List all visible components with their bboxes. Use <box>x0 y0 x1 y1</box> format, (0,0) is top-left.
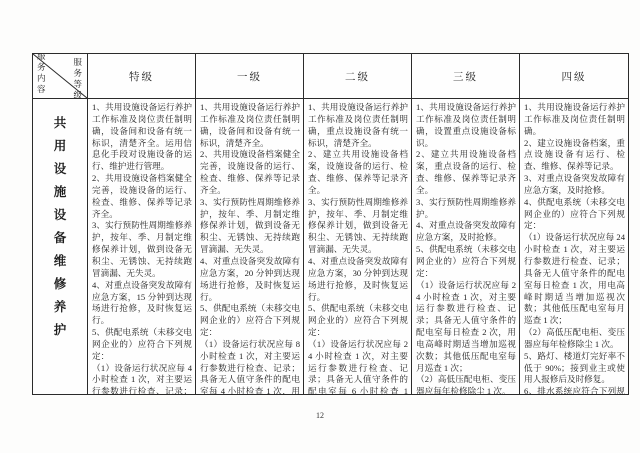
spec-item: 5、供配电系统（未移交电网企业的）应符合下列规定： <box>416 244 516 280</box>
spec-item: 1、共用设施设备运行养护工作标准及岗位责任制明确。 <box>524 102 625 138</box>
spec-item: 2、建立共用设施设备档案，重点设备的运行、检查、维修、保养等记录齐全。 <box>416 149 516 196</box>
spec-item: 2、共用设施设备档案健全完善，设施设备的运行、检查、维修、保养等记录齐全。 <box>92 173 192 220</box>
spec-item: 4、对重点设备突发故障有应急方案，20 分钟到达现场进行抢修，及时恢复运行。 <box>200 256 300 303</box>
grade-header-four: 四级 <box>520 54 628 99</box>
row-label-vertical-text: 共用设施设备维修养护 <box>53 112 67 394</box>
spec-item: 5、供配电系统（未移交电网企业的）应符合下列规定： <box>308 303 408 339</box>
grade-body-three: 1、共用设施设备运行养护工作标准及岗位责任制明确，设置重点设施设备标识。2、建立… <box>412 99 520 394</box>
spec-item: 3、实行预防性周期维修养护，按年、季、月制定维修保养计划，做到设备无积尘、无锈蚀… <box>200 197 300 256</box>
spec-item: （1）设备运行状况应每 24 小时检查 1 次，对主要运行参数进行检查、记录；具… <box>524 232 625 327</box>
spec-item: （1）设备运行状况应每 8 小时检查 1 次，对主要运行参数进行检查、记录；具备… <box>200 339 300 394</box>
spec-item: 5、供配电系统（未移交电网企业的）应符合下列规定： <box>200 303 300 339</box>
spec-item: （1）设备运行状况应每 24 小时检查 1 次，对主要运行参数进行检查、记录；具… <box>416 280 516 375</box>
corner-header-cell: 服务等级 服务内容 <box>33 54 88 99</box>
spec-item: 4、对重点设备突发故障有应急方案，及时抢修。 <box>416 220 516 244</box>
spec-item: 3、实行预防性周期维修养护。 <box>416 197 516 221</box>
spec-item: 2、建立设施设备档案，重点设施设备有运行、检查、维修、保养等记录。 <box>524 138 625 174</box>
service-grade-table: 服务等级 服务内容 特级 一级 二级 三级 四级 共用设施设备维修养护 1、共用… <box>32 53 629 395</box>
spec-item: 4、对重点设备突发故障有应急方案，30 分钟到达现场进行抢修，及时恢复运行。 <box>308 256 408 303</box>
spec-item: 2、共用设施设备档案健全完善，设施设备的运行、检查、维修、保养等记录齐全。 <box>200 149 300 196</box>
spec-item: 3、实行预防性周期维修养护，按年、季、月制定维修保养计划，做到设备无积尘、无锈蚀… <box>308 197 408 256</box>
page-number: 12 <box>0 411 640 420</box>
spec-item: （1）设备运行状况应每 24 小时检查 1 次，对主要运行参数进行检查、记录；具… <box>308 339 408 394</box>
grade-body-special: 1、共用设施设备运行养护工作标准及岗位责任制明确，设备间和设备有统一标识，清楚齐… <box>88 99 196 394</box>
spec-item: （2）高低压配电柜、变压器应每年检修除尘 1 次。 <box>524 327 625 351</box>
spec-item: 1、共用设施设备运行养护工作标准及岗位责任制明确，设置重点设施设备标识。 <box>416 102 516 149</box>
row-label-cell: 共用设施设备维修养护 <box>33 99 88 394</box>
grade-header-one: 一级 <box>196 54 304 99</box>
corner-label-service-grade: 服务等级 <box>65 57 83 99</box>
spec-item: 5、路灯、楼道灯完好率不低于 90%；接到业主或使用人报修后及时修复。 <box>524 351 625 387</box>
spec-item: 4、供配电系统（未移交电网企业的）应符合下列规定： <box>524 197 625 233</box>
grade-header-special: 特级 <box>88 54 196 99</box>
spec-item: 1、共用设施设备运行养护工作标准及岗位责任制明确，设备间和设备有统一标识，清楚齐… <box>200 102 300 149</box>
spec-item: 1、共用设施设备运行养护工作标准及岗位责任制明确，设备间和设备有统一标识，清楚齐… <box>92 102 192 173</box>
spec-item: 3、对重点设备突发故障有应急方案，及时抢修。 <box>524 173 625 197</box>
spec-item: 3、实行预防性周期维修养护，按年、季、月制定维修保养计划，做到设备无积尘、无锈蚀… <box>92 220 192 279</box>
spec-item: 4、对重点设备突发故障有应急方案，15 分钟到达现场进行抢修，及时恢复运行。 <box>92 280 192 327</box>
grade-header-two: 二级 <box>304 54 412 99</box>
grade-body-two: 1、共用设施设备运行养护工作标准及岗位责任制明确，重点设施设备有统一标识，清楚齐… <box>304 99 412 394</box>
spec-item: 1、共用设施设备运行养护工作标准及岗位责任制明确，重点设施设备有统一标识，清楚齐… <box>308 102 408 149</box>
spec-item: （2）高低压配电柜、变压器应每年检修除尘 1 次。 <box>416 374 516 394</box>
grade-body-one: 1、共用设施设备运行养护工作标准及岗位责任制明确，设备间和设备有统一标识，清楚齐… <box>196 99 304 394</box>
corner-label-service-content: 服务内容 <box>37 54 55 95</box>
spec-item: 6、排水系统应符合下列规定： <box>524 386 625 394</box>
grade-header-three: 三级 <box>412 54 520 99</box>
spec-item: 2、建立共用设施设备档案，设施设备的运行、检查、维修、保养等记录齐全。 <box>308 149 408 196</box>
spec-item: 5、供配电系统（未移交电网企业的）应符合下列规定： <box>92 327 192 363</box>
grade-body-four: 1、共用设施设备运行养护工作标准及岗位责任制明确。2、建立设施设备档案，重点设施… <box>520 99 628 394</box>
spec-item: （1）设备运行状况应每 4 小时检查 1 次，对主要运行参数进行检查、记录；具备… <box>92 363 192 394</box>
